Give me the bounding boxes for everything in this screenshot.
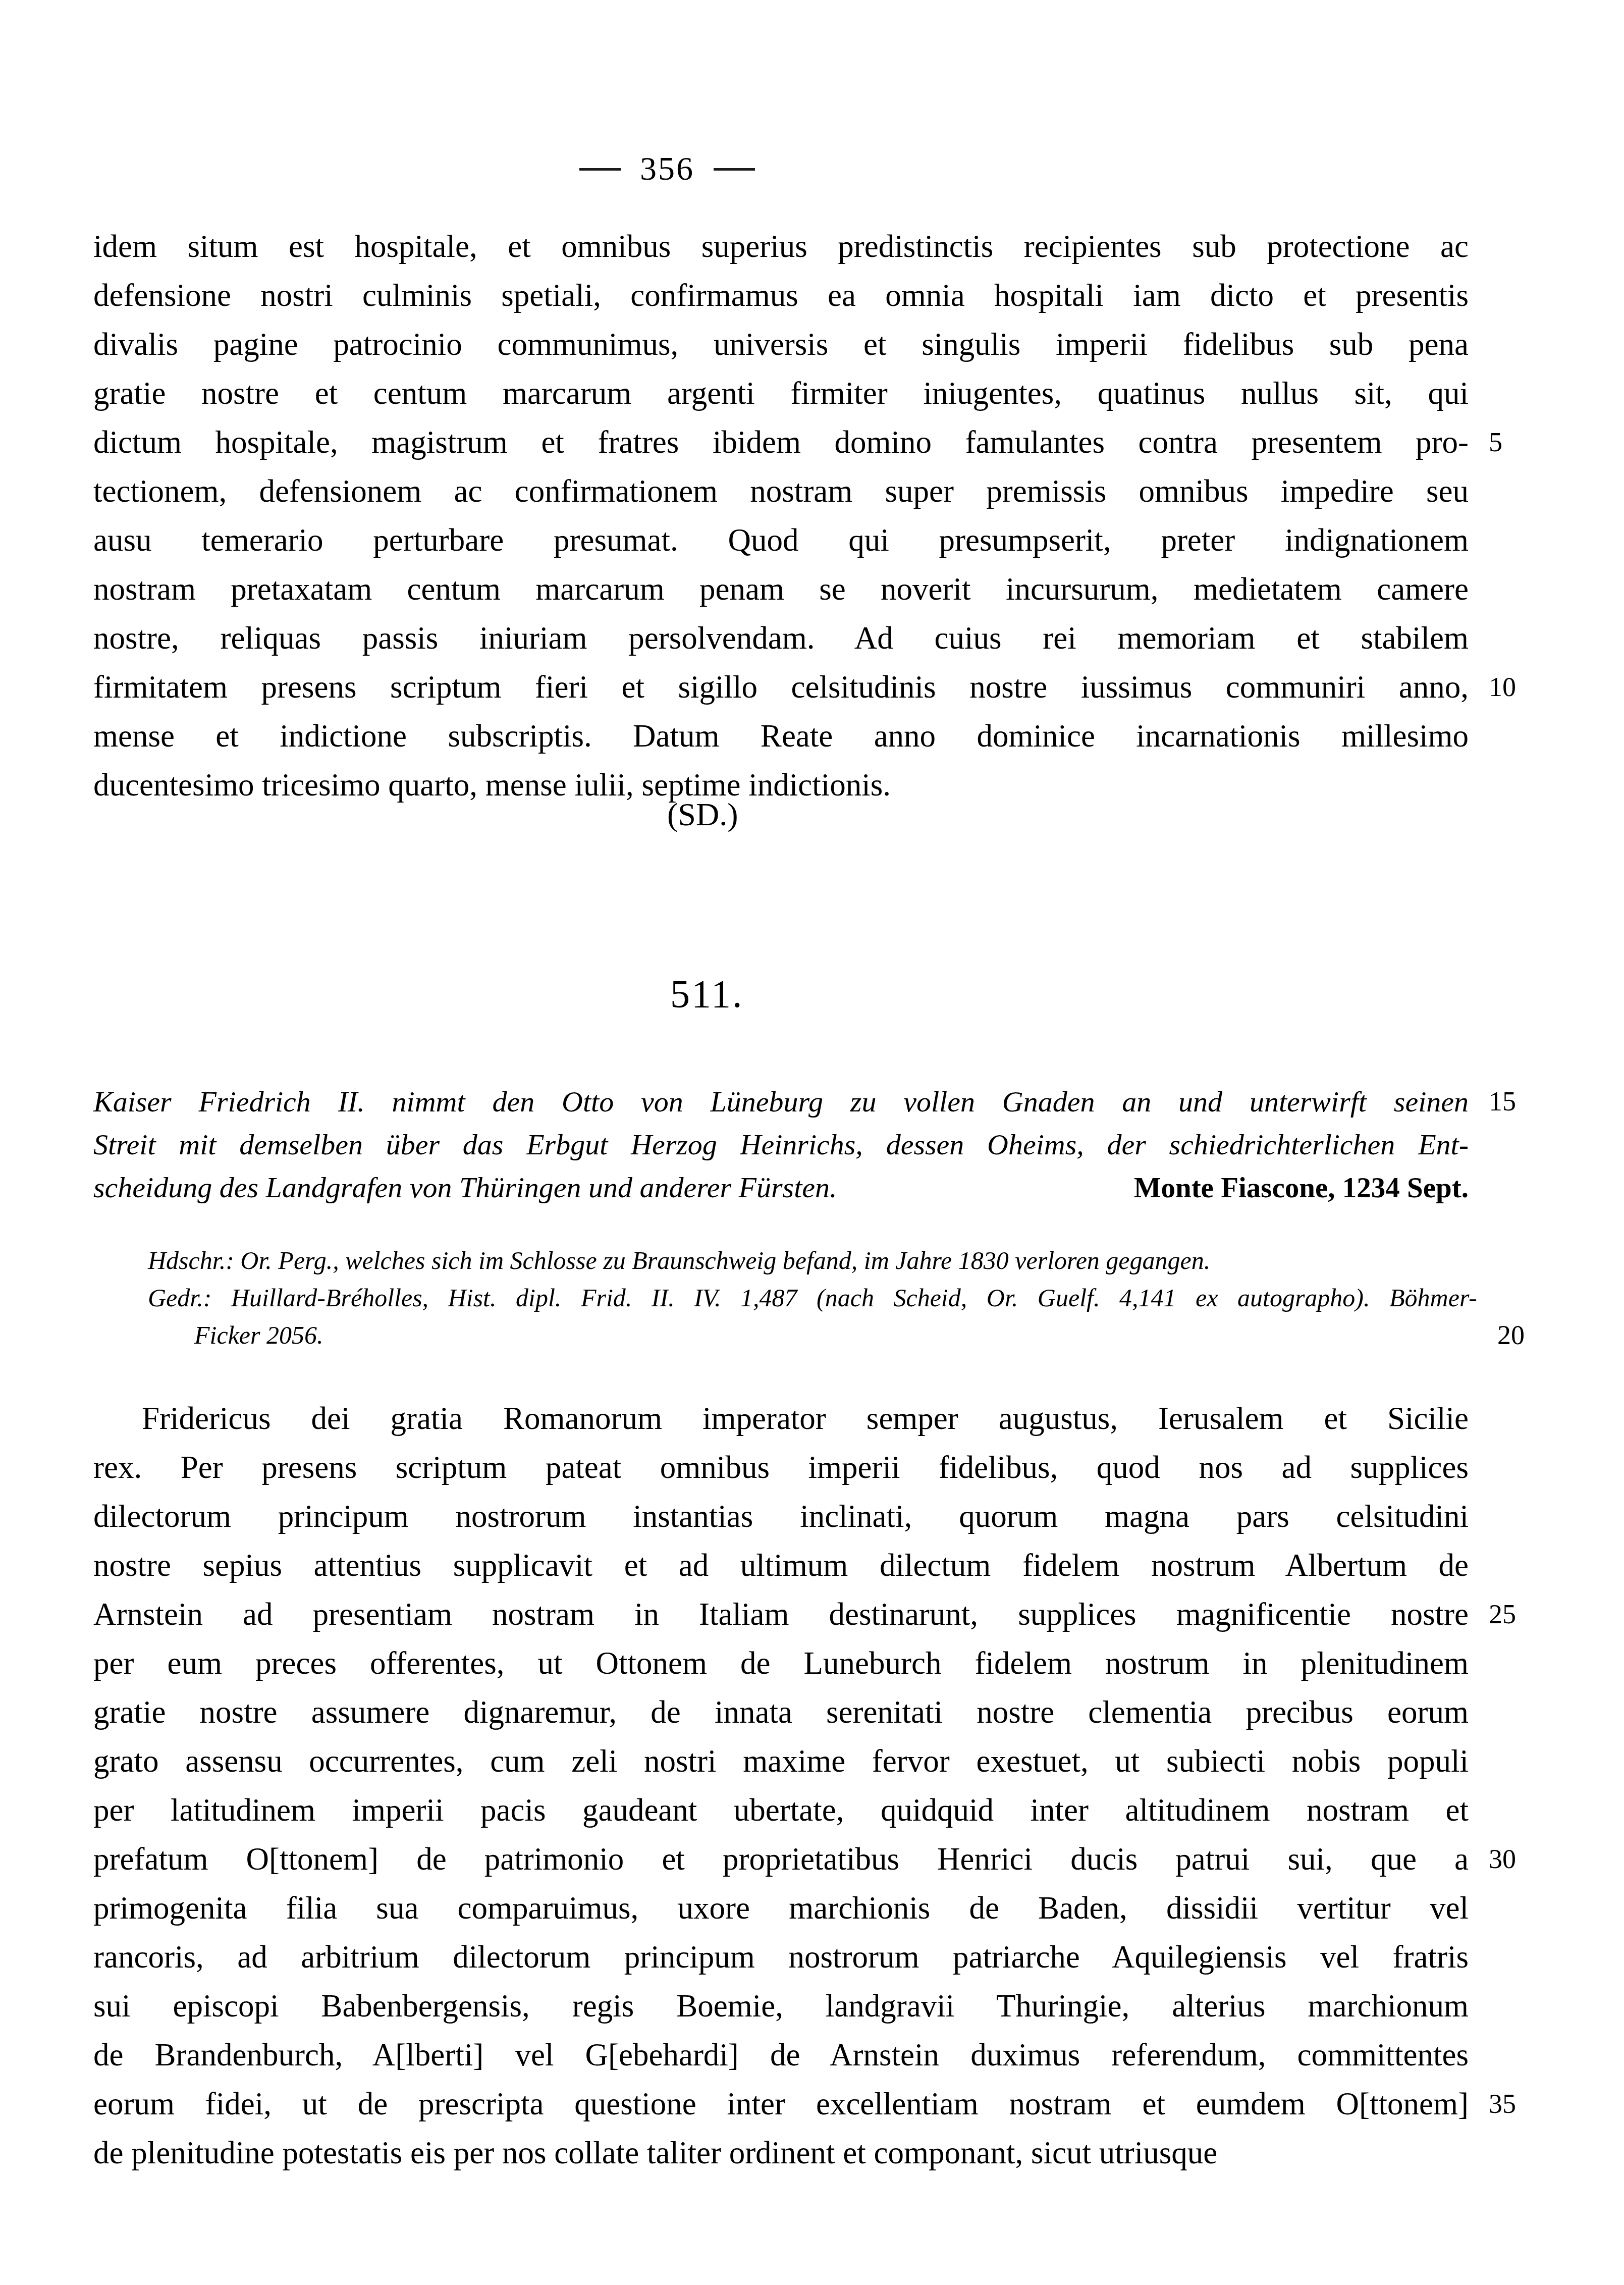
text-line: nostre sepius attentius supplicavit et a… (93, 1541, 1469, 1590)
note-line: Gedr.: Huillard-Bréholles, Hist. dipl. F… (148, 1279, 1477, 1316)
line-text: Hdschr.: Or. Perg., welches sich im Schl… (148, 1246, 1210, 1274)
margin-line-number: 20 (1497, 1316, 1525, 1354)
line-text: idem situm est hospitale, et omnibus sup… (93, 229, 1469, 264)
margin-line-number: 30 (1489, 1835, 1516, 1884)
margin-line-number: 25 (1489, 1590, 1516, 1639)
line-text: grato assensu occurrentes, cum zeli nost… (93, 1743, 1469, 1779)
line-text: eorum fidei, ut de prescripta questione … (93, 2086, 1469, 2121)
document-number: 511. (670, 974, 744, 1014)
text-line: sui episcopi Babenbergensis, regis Boemi… (93, 1982, 1469, 2031)
text-line: Streit mit demselben über das Erbgut Her… (93, 1123, 1469, 1166)
line-text: nostre, reliquas passis iniuriam persolv… (93, 620, 1469, 656)
line-text: Kaiser Friedrich II. nimmt den Otto von … (93, 1085, 1469, 1118)
right-rule (714, 168, 755, 171)
text-line: rex. Per presens scriptum pateat omnibus… (93, 1443, 1469, 1492)
margin-line-number: 5 (1489, 418, 1502, 467)
line-text: Fridericus dei gratia Romanorum imperato… (142, 1401, 1469, 1436)
line-text: tectionem, defensionem ac confirmationem… (93, 473, 1469, 509)
line-text: mense et indictione subscriptis. Datum R… (93, 718, 1469, 754)
line-text: de Brandenburch, A[lberti] vel G[ebehard… (93, 2037, 1469, 2073)
text-line: per latitudinem imperii pacis gaudeant u… (93, 1786, 1469, 1835)
text-line: rancoris, ad arbitrium dilectorum princi… (93, 1933, 1469, 1982)
latin-paragraph-1: idem situm est hospitale, et omnibus sup… (93, 222, 1469, 810)
seal-mark: (SD.) (667, 799, 738, 831)
line-text: rex. Per presens scriptum pateat omnibus… (93, 1450, 1469, 1485)
text-line: de Brandenburch, A[lberti] vel G[ebehard… (93, 2031, 1469, 2080)
line-text: defensione nostri culminis spetiali, con… (93, 278, 1469, 313)
text-line: de plenitudine potestatis eis per nos co… (93, 2129, 1469, 2177)
line-text: firmitatem presens scriptum fieri et sig… (93, 669, 1469, 705)
text-line: ducentesimo tricesimo quarto, mense iuli… (93, 761, 1469, 810)
text-line: divalis pagine patrocinio communimus, un… (93, 320, 1469, 369)
page-header: 356 (579, 152, 755, 186)
text-line: mense et indictione subscriptis. Datum R… (93, 712, 1469, 761)
text-line: nostram pretaxatam centum marcarum penam… (93, 565, 1469, 614)
margin-line-number: 10 (1489, 663, 1516, 712)
text-line: defensione nostri culminis spetiali, con… (93, 271, 1469, 320)
text-line: per eum preces offerentes, ut Ottonem de… (93, 1639, 1469, 1688)
line-text: primogenita filia sua comparuimus, uxore… (93, 1890, 1469, 1926)
text-line: firmitatem presens scriptum fieri et sig… (93, 663, 1469, 712)
margin-line-number: 15 (1489, 1080, 1516, 1123)
line-text: ausu temerario perturbare presumat. Quod… (93, 522, 1469, 558)
line-text: nostram pretaxatam centum marcarum penam… (93, 571, 1469, 607)
text-line: tectionem, defensionem ac confirmationem… (93, 467, 1469, 516)
text-line: nostre, reliquas passis iniuriam persolv… (93, 614, 1469, 663)
note-line: Ficker 2056.20 (148, 1316, 1477, 1354)
book-page: 356 idem situm est hospitale, et omnibus… (0, 0, 1624, 2285)
left-rule (579, 168, 621, 171)
text-line: eorum fidei, ut de prescripta questione … (93, 2080, 1469, 2129)
line-text: gratie nostre assumere dignaremur, de in… (93, 1694, 1469, 1730)
regest-summary: Kaiser Friedrich II. nimmt den Otto von … (93, 1080, 1469, 1209)
text-line: idem situm est hospitale, et omnibus sup… (93, 222, 1469, 271)
line-text: dictum hospitale, magistrum et fratres i… (93, 424, 1469, 460)
line-text: Arnstein ad presentiam nostram in Italia… (93, 1597, 1469, 1632)
line-text: prefatum O[ttonem] de patrimonio et prop… (93, 1841, 1469, 1877)
text-line: grato assensu occurrentes, cum zeli nost… (93, 1737, 1469, 1786)
text-line: ausu temerario perturbare presumat. Quod… (93, 516, 1469, 565)
margin-line-number: 35 (1489, 2080, 1516, 2129)
latin-paragraph-2: Fridericus dei gratia Romanorum imperato… (93, 1394, 1469, 2177)
text-line: dilectorum principum nostrorum instantia… (93, 1492, 1469, 1541)
line-text: Streit mit demselben über das Erbgut Her… (93, 1128, 1469, 1161)
line-text: Ficker 2056. (194, 1321, 323, 1349)
text-line: Arnstein ad presentiam nostram in Italia… (93, 1590, 1469, 1639)
place-date: Monte Fiascone, 1234 Sept. (1134, 1166, 1469, 1209)
text-line: gratie nostre assumere dignaremur, de in… (93, 1688, 1469, 1737)
regest-last-line: scheidung des Landgrafen von Thüringen u… (93, 1166, 1469, 1209)
line-text: ducentesimo tricesimo quarto, mense iuli… (93, 767, 891, 803)
text-line: Fridericus dei gratia Romanorum imperato… (93, 1394, 1469, 1443)
line-text: sui episcopi Babenbergensis, regis Boemi… (93, 1988, 1469, 2024)
page-number: 356 (640, 152, 694, 186)
text-line: gratie nostre et centum marcarum argenti… (93, 369, 1469, 418)
text-line: dictum hospitale, magistrum et fratres i… (93, 418, 1469, 467)
note-line: Hdschr.: Or. Perg., welches sich im Schl… (148, 1242, 1477, 1279)
source-notes: Hdschr.: Or. Perg., welches sich im Schl… (148, 1242, 1477, 1354)
line-text: divalis pagine patrocinio communimus, un… (93, 327, 1469, 362)
text-line: primogenita filia sua comparuimus, uxore… (93, 1884, 1469, 1933)
line-text: Gedr.: Huillard-Bréholles, Hist. dipl. F… (148, 1284, 1477, 1312)
line-text: per latitudinem imperii pacis gaudeant u… (93, 1792, 1469, 1828)
line-text: gratie nostre et centum marcarum argenti… (93, 376, 1469, 411)
line-text: dilectorum principum nostrorum instantia… (93, 1499, 1469, 1534)
regest-lines: Kaiser Friedrich II. nimmt den Otto von … (93, 1080, 1469, 1166)
line-text: nostre sepius attentius supplicavit et a… (93, 1548, 1469, 1583)
line-text: scheidung des Landgrafen von Thüringen u… (93, 1166, 837, 1209)
text-line: Kaiser Friedrich II. nimmt den Otto von … (93, 1080, 1469, 1123)
line-text: per eum preces offerentes, ut Ottonem de… (93, 1645, 1469, 1681)
line-text: de plenitudine potestatis eis per nos co… (93, 2135, 1217, 2170)
text-line: prefatum O[ttonem] de patrimonio et prop… (93, 1835, 1469, 1884)
line-text: rancoris, ad arbitrium dilectorum princi… (93, 1939, 1469, 1975)
